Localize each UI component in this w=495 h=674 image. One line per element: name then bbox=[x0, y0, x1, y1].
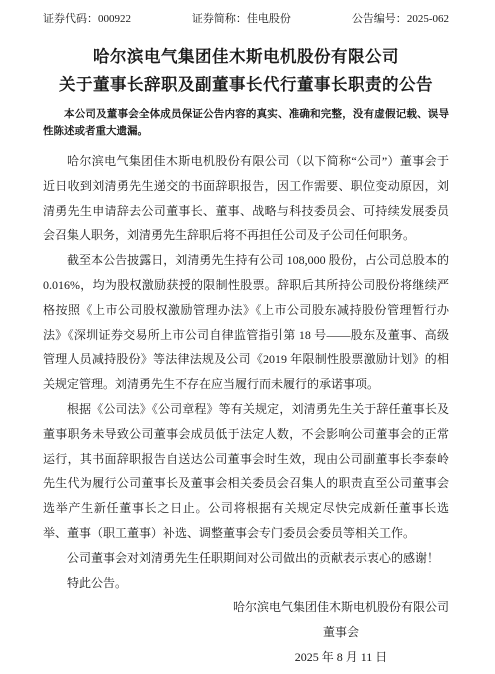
document-body: 哈尔滨电气集团佳木斯电机股份有限公司（以下简称“公司”）董事会于近日收到刘清勇先… bbox=[43, 149, 449, 670]
stock-code: 证券代码：000922 bbox=[43, 12, 131, 26]
document-title-line2: 关于董事长辞职及副董事长代行董事长职责的公告 bbox=[43, 71, 449, 99]
announcement-number: 公告编号：2025-062 bbox=[352, 12, 449, 26]
signature-date: 2025 年 8 月 11 日 bbox=[233, 645, 449, 670]
document-title: 哈尔滨电气集团佳木斯电机股份有限公司 关于董事长辞职及副董事长代行董事长职责的公… bbox=[43, 43, 449, 99]
stock-name: 证券简称：佳电股份 bbox=[192, 12, 291, 26]
disclaimer-text: 本公司及董事会全体成员保证公告内容的真实、准确和完整，没有虚假记载、误导性陈述或… bbox=[43, 106, 449, 140]
body-paragraph: 哈尔滨电气集团佳木斯电机股份有限公司（以下简称“公司”）董事会于近日收到刘清勇先… bbox=[43, 149, 449, 248]
stock-code-value: 000922 bbox=[98, 13, 131, 25]
body-paragraph: 根据《公司法》《公司章程》等有关规定，刘清勇先生关于辞任董事长及董事职务未导致公… bbox=[43, 397, 449, 546]
announcement-number-label: 公告编号： bbox=[352, 13, 407, 25]
signature-inner: 哈尔滨电气集团佳木斯电机股份有限公司 董事会 2025 年 8 月 11 日 bbox=[233, 595, 449, 669]
signature-board: 董事会 bbox=[233, 620, 449, 645]
document-title-line1: 哈尔滨电气集团佳木斯电机股份有限公司 bbox=[43, 43, 449, 71]
announcement-number-value: 2025-062 bbox=[407, 13, 449, 25]
body-paragraph: 截至本公告披露日，刘清勇先生持有公司 108,000 股份，占公司总股本的0.0… bbox=[43, 248, 449, 397]
body-paragraph: 公司董事会对刘清勇先生任职期间对公司做出的贡献表示衷心的感谢！ bbox=[43, 546, 449, 571]
body-paragraph: 特此公告。 bbox=[43, 571, 449, 596]
stock-code-label: 证券代码： bbox=[43, 13, 98, 25]
signature-company: 哈尔滨电气集团佳木斯电机股份有限公司 bbox=[233, 595, 449, 620]
stock-name-value: 佳电股份 bbox=[247, 13, 291, 25]
announcement-document: 证券代码：000922 证券简称：佳电股份 公告编号：2025-062 哈尔滨电… bbox=[0, 0, 495, 674]
document-header: 证券代码：000922 证券简称：佳电股份 公告编号：2025-062 bbox=[43, 12, 449, 26]
signature-block: 哈尔滨电气集团佳木斯电机股份有限公司 董事会 2025 年 8 月 11 日 bbox=[43, 595, 449, 669]
stock-name-label: 证券简称： bbox=[192, 13, 247, 25]
